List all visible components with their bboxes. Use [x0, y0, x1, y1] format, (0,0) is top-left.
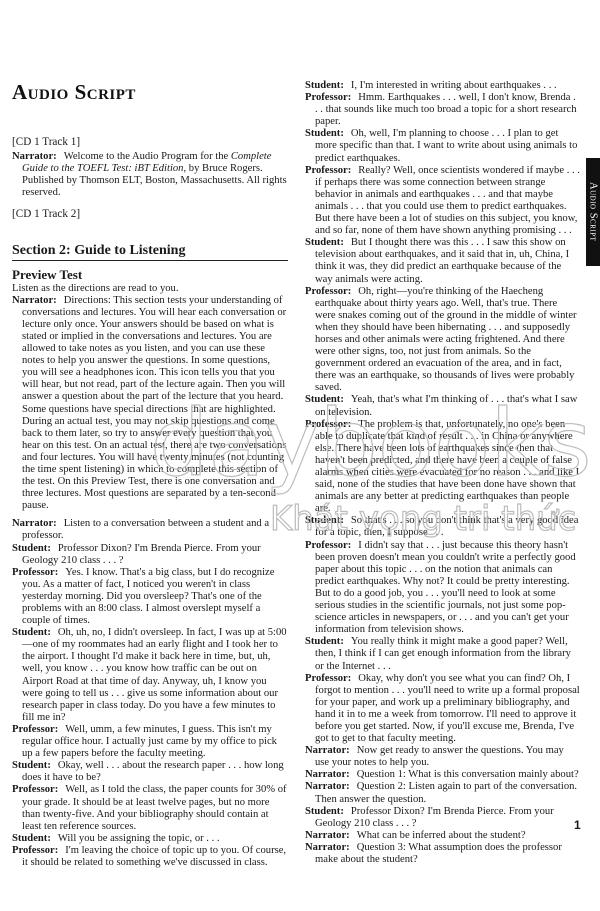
dialogue-text: Question 1: What is this conversation ma…: [357, 769, 579, 780]
dialogue-entry: Narrator:Now get ready to answer the que…: [305, 745, 580, 769]
dialogue-text: Will you be assigning the topic, or . . …: [58, 833, 220, 844]
dialogue-text: Question 2: Listen again to part of the …: [315, 781, 577, 804]
dialogue-entry: Professor:Really? Well, once scientists …: [305, 165, 580, 238]
speaker-label: Narrator:: [305, 745, 350, 756]
page-number: 1: [574, 818, 581, 832]
speaker-label: Student:: [12, 833, 51, 844]
speaker-label: Student:: [305, 128, 344, 139]
side-tab-label: Audio Script: [588, 182, 599, 241]
intro-text-before: Welcome to the Audio Program for the: [64, 151, 231, 162]
dialogue-text: Listen to a conversation between a stude…: [22, 518, 269, 541]
dialogue-entry: Professor:The problem is that, unfortuna…: [305, 419, 580, 516]
dialogue-entry: Student:I, I'm interested in writing abo…: [305, 80, 580, 92]
dialogue-entry: Professor:I didn't say that . . . just b…: [305, 540, 580, 637]
speaker-label: Professor:: [12, 567, 58, 578]
dialogue-entry: Professor:Hmm. Earthquakes . . . well, I…: [305, 92, 580, 128]
dialogue-text: So that's . . . so you don't think that'…: [315, 515, 578, 538]
intro-entry: Narrator:Welcome to the Audio Program fo…: [12, 151, 288, 199]
speaker-label: Narrator:: [305, 781, 350, 792]
dialogue-entry: Professor:Oh, right—you're thinking of t…: [305, 286, 580, 395]
dialogue-entry: Narrator:What can be inferred about the …: [305, 830, 580, 842]
speaker-label: Professor:: [12, 845, 58, 856]
dialogue-text: I'm leaving the choice of topic up to yo…: [22, 845, 286, 868]
dialogue-entry: Professor:Yes. I know. That's a big clas…: [12, 567, 288, 627]
dialogue-entry: Student:Okay, well . . . about the resea…: [12, 760, 288, 784]
dialogue-text: But I thought there was this . . . I saw…: [315, 237, 569, 284]
speaker-label: Student:: [12, 760, 51, 771]
dialogue-entry: Professor:Well, as I told the class, the…: [12, 784, 288, 832]
dialogue-text: Hmm. Earthquakes . . . well, I don't kno…: [315, 92, 577, 127]
dialogue-text: Really? Well, once scientists wondered i…: [315, 165, 580, 236]
right-column: Student:I, I'm interested in writing abo…: [305, 80, 580, 866]
dialogue-text: Professor Dixon? I'm Brenda Pierce. From…: [315, 806, 554, 829]
dialogue-entry: Student:Oh, well, I'm planning to choose…: [305, 128, 580, 164]
dialogue-entry: Professor:Okay, why don't you see what y…: [305, 673, 580, 746]
track-label-1: [CD 1 Track 1]: [12, 136, 288, 148]
dialogue-text: You really think it might make a good pa…: [315, 636, 571, 671]
dialogue-text: Now get ready to answer the questions. Y…: [315, 745, 564, 768]
speaker-label: Professor:: [12, 724, 58, 735]
speaker-label: Professor:: [305, 92, 351, 103]
dialogue-text: Yeah, that's what I'm thinking of . . . …: [315, 394, 577, 417]
speaker-label: Professor:: [305, 540, 351, 551]
instruction-text: Listen as the directions are read to you…: [12, 283, 288, 295]
speaker-label: Narrator:: [12, 295, 57, 306]
speaker-label: Student:: [305, 80, 344, 91]
dialogue-text: Oh, right—you're thinking of the Haechen…: [315, 286, 577, 394]
left-column: [CD 1 Track 1] Narrator:Welcome to the A…: [12, 136, 288, 869]
dialogue-entry: Student:Professor Dixon? I'm Brenda Pier…: [305, 806, 580, 830]
dialogue-entry: Student:Yeah, that's what I'm thinking o…: [305, 394, 580, 418]
dialogue-text: Yes. I know. That's a big class, but I d…: [22, 567, 274, 626]
speaker-label: Narrator:: [305, 842, 350, 853]
dialogue-entry: Narrator:Question 1: What is this conver…: [305, 769, 580, 781]
dialogue-text: Well, umm, a few minutes, I guess. This …: [22, 724, 277, 759]
subheading: Preview Test: [12, 267, 288, 282]
speaker-label: Student:: [12, 627, 51, 638]
dialogue-entry: Student:Oh, uh, no, I didn't oversleep. …: [12, 627, 288, 724]
dialogue-entry: Narrator:Question 2: Listen again to par…: [305, 781, 580, 805]
dialogue-entry: Narrator:Question 3: What assumption doe…: [305, 842, 580, 866]
speaker-label: Narrator:: [12, 151, 57, 162]
speaker-label: Professor:: [305, 165, 351, 176]
dialogue-text: Directions: This section tests your unde…: [22, 295, 286, 512]
speaker-label: Student:: [12, 543, 51, 554]
dialogue-text: The problem is that, unfortunately, no o…: [315, 419, 579, 515]
dialogue-text: Question 3: What assumption does the pro…: [315, 842, 562, 865]
dialogue-entry: Professor:Well, umm, a few minutes, I gu…: [12, 724, 288, 760]
speaker-label: Professor:: [305, 673, 351, 684]
dialogue-text: I didn't say that . . . just because thi…: [315, 540, 576, 636]
dialogue-text: Well, as I told the class, the paper cou…: [22, 784, 287, 831]
dialogue-text: What can be inferred about the student?: [357, 830, 526, 841]
track-label-2: [CD 1 Track 2]: [12, 208, 288, 220]
dialogue-entry: Narrator:Listen to a conversation betwee…: [12, 518, 288, 542]
speaker-label: Student:: [305, 515, 344, 526]
dialogue-entry: Student:Professor Dixon? I'm Brenda Pier…: [12, 543, 288, 567]
dialogue-entry: Student:So that's . . . so you don't thi…: [305, 515, 580, 539]
dialogue-entry: Student:Will you be assigning the topic,…: [12, 833, 288, 845]
speaker-label: Narrator:: [305, 769, 350, 780]
chapter-side-tab: Audio Script: [586, 158, 600, 266]
dialogue-entry: Student:You really think it might make a…: [305, 636, 580, 672]
speaker-label: Narrator:: [305, 830, 350, 841]
speaker-label: Student:: [305, 394, 344, 405]
book-page: Audio Script [CD 1 Track 1] Narrator:Wel…: [0, 0, 600, 911]
dialogue-text: Oh, uh, no, I didn't oversleep. In fact,…: [22, 627, 287, 723]
speaker-label: Student:: [305, 636, 344, 647]
speaker-label: Narrator:: [12, 518, 57, 529]
speaker-label: Professor:: [12, 784, 58, 795]
dialogue-text: Okay, why don't you see what you can fin…: [315, 673, 580, 744]
dialogue-entry: Professor:I'm leaving the choice of topi…: [12, 845, 288, 869]
dialogue-text: Okay, well . . . about the research pape…: [22, 760, 284, 783]
dialogue-text: Oh, well, I'm planning to choose . . . I…: [315, 128, 577, 163]
page-title: Audio Script: [12, 80, 136, 105]
speaker-label: Professor:: [305, 286, 351, 297]
dialogue-text: I, I'm interested in writing about earth…: [351, 80, 557, 91]
speaker-label: Professor:: [305, 419, 351, 430]
speaker-label: Student:: [305, 806, 344, 817]
dialogue-entry: Student:But I thought there was this . .…: [305, 237, 580, 285]
dialogue-entry: Narrator:Directions: This section tests …: [12, 295, 288, 513]
dialogue-text: Professor Dixon? I'm Brenda Pierce. From…: [22, 543, 261, 566]
section-heading: Section 2: Guide to Listening: [12, 243, 288, 261]
speaker-label: Student:: [305, 237, 344, 248]
